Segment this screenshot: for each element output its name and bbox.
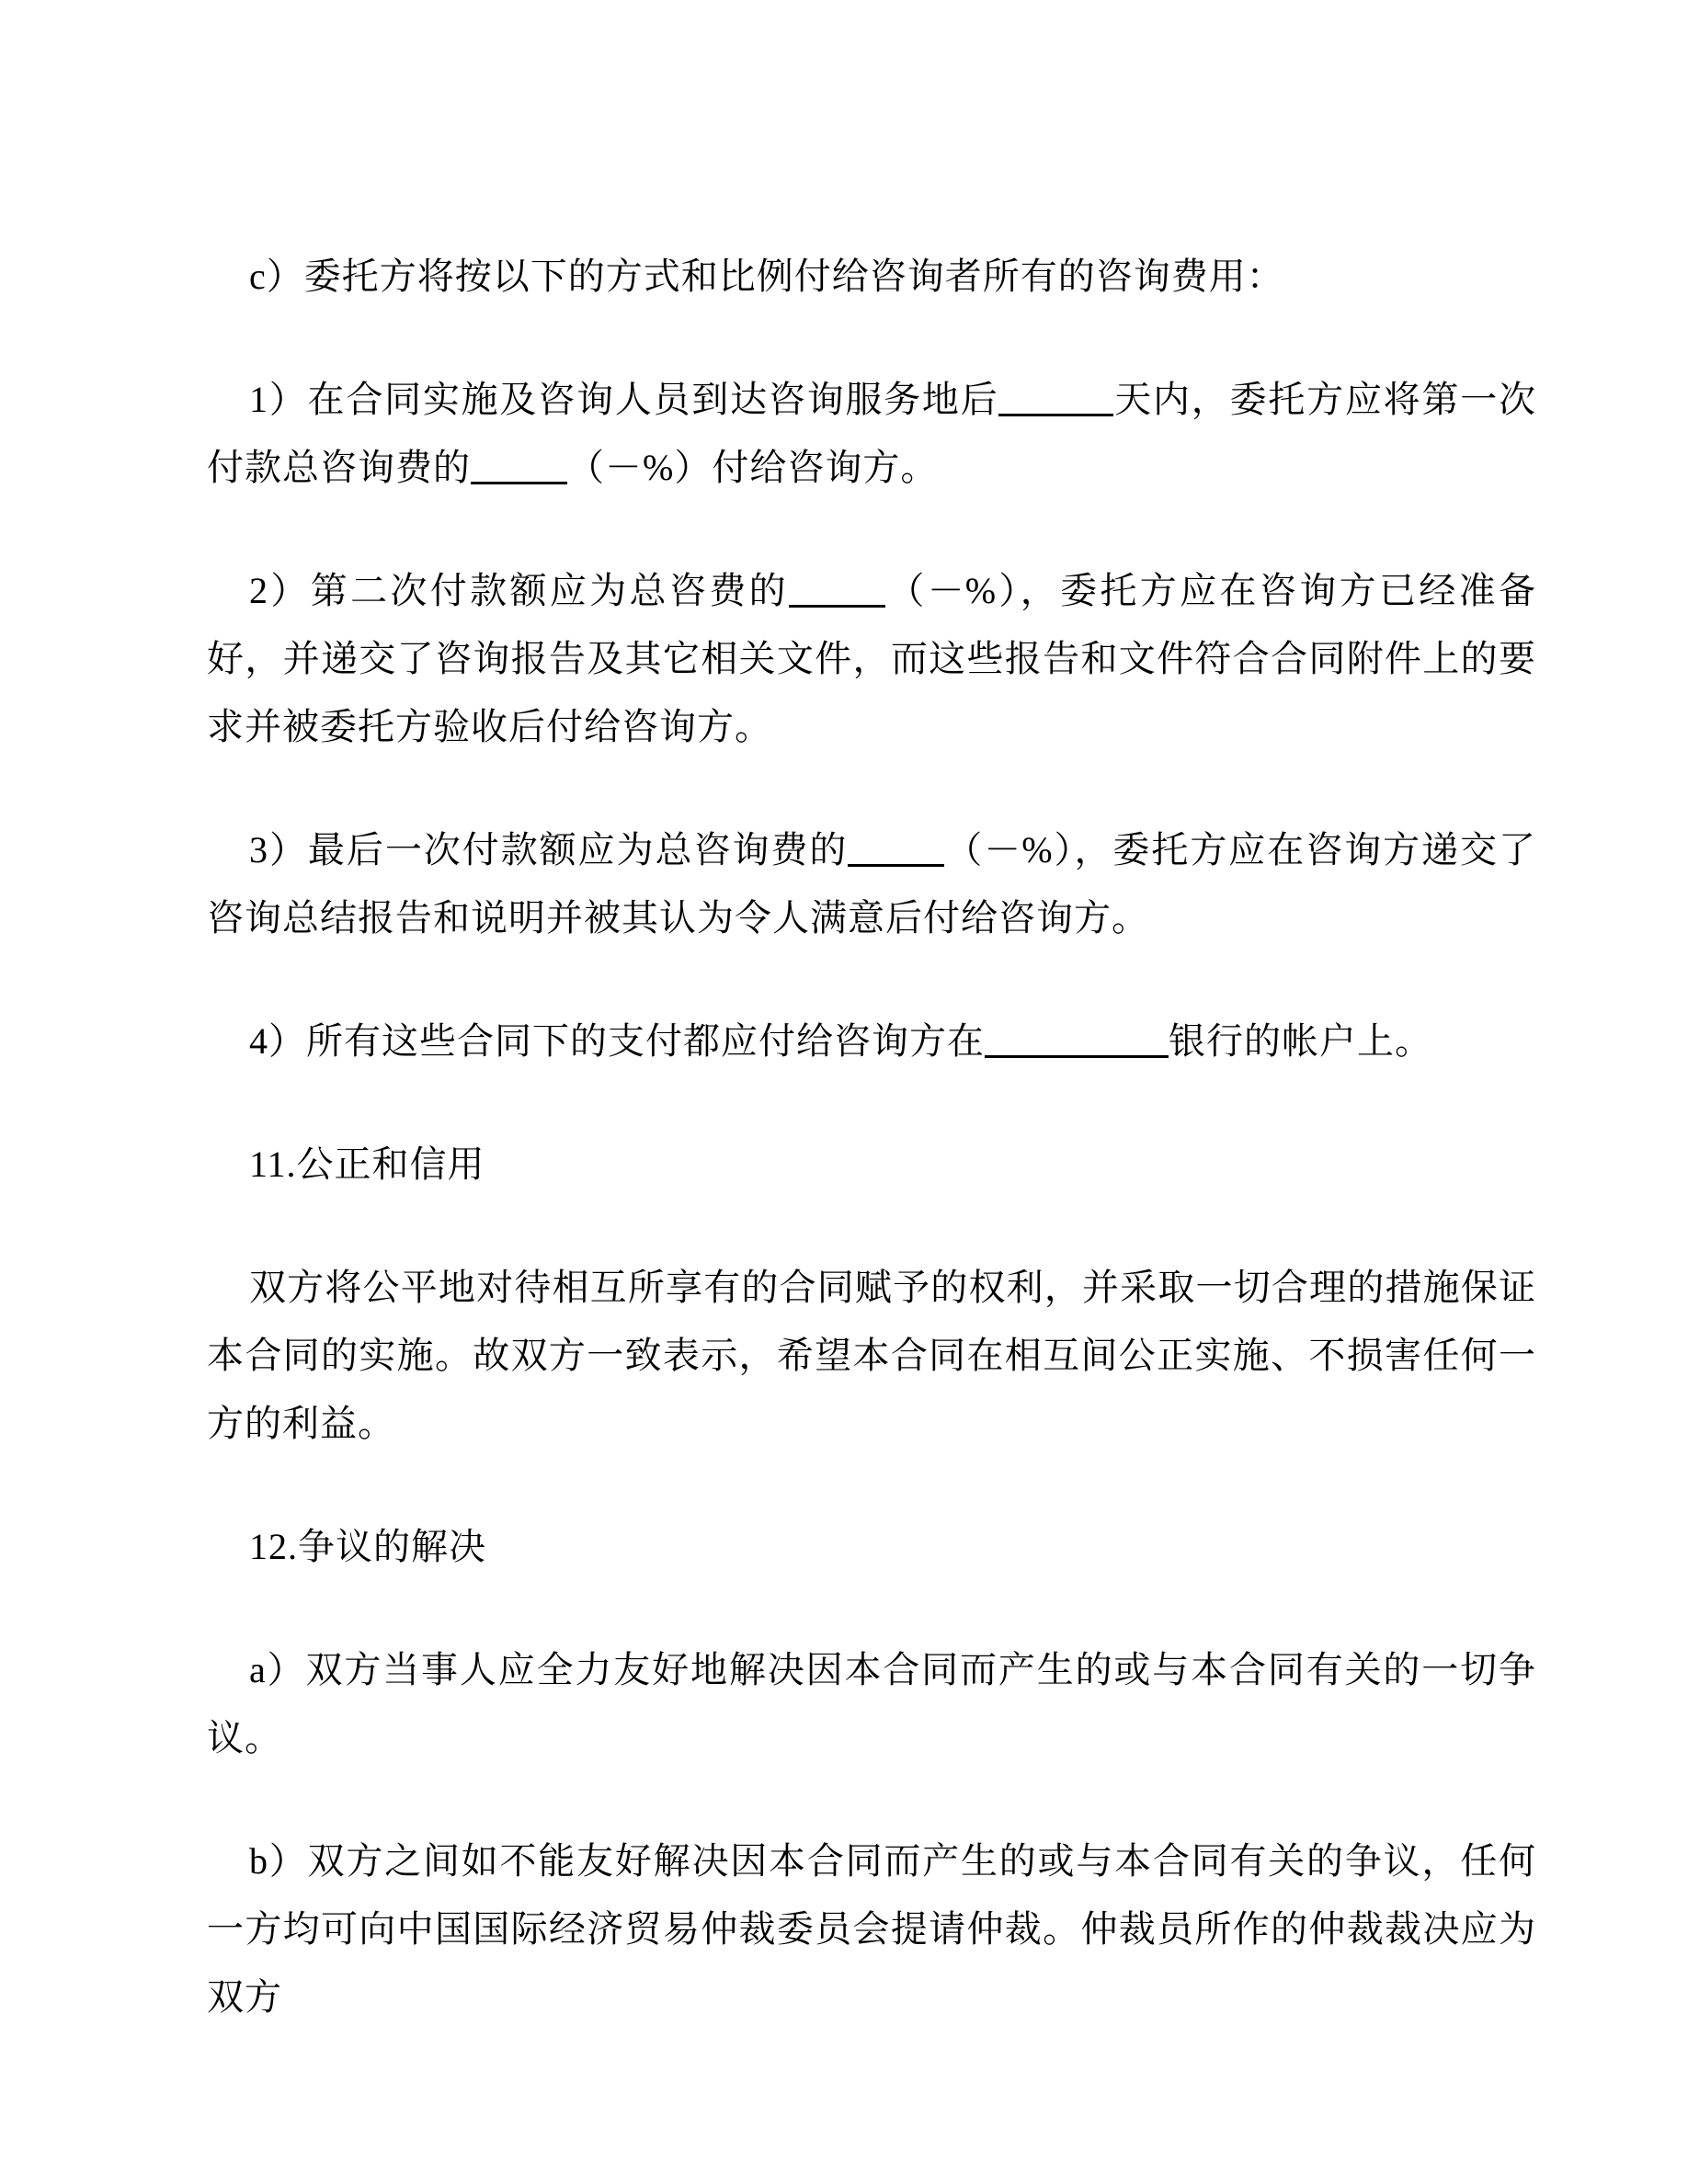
payment-item-4: 4）所有这些合同下的支付都应付给咨询方在银行的帐户上。 — [207, 1007, 1536, 1075]
dispute-item-b-text: b）双方之间如不能友好解决因本合同而产生的或与本合同有关的争议，任何一方均可向中… — [207, 1840, 1536, 2018]
blank-percent-field — [789, 568, 885, 608]
dispute-item-b: b）双方之间如不能友好解决因本合同而产生的或与本合同有关的争议，任何一方均可向中… — [207, 1827, 1536, 2031]
document-page: c）委托方将按以下的方式和比例付给咨询者所有的咨询费用： 1）在合同实施及咨询人… — [0, 0, 1688, 2184]
payment-item-4-text-2: 银行的帐户上。 — [1169, 1020, 1432, 1062]
payment-item-1-text-3: （－%）付给咨询方。 — [567, 447, 938, 488]
clause-c: c）委托方将按以下的方式和比例付给咨询者所有的咨询费用： — [207, 243, 1536, 311]
fairness-paragraph: 双方将公平地对待相互所享有的合同赋予的权利，并采取一切合理的措施保证本合同的实施… — [207, 1254, 1536, 1458]
section-heading-12: 12.争议的解决 — [207, 1513, 1536, 1581]
dispute-item-a: a）双方当事人应全力友好地解决因本合同而产生的或与本合同有关的一切争议。 — [207, 1636, 1536, 1772]
blank-bank-field — [985, 1018, 1169, 1058]
blank-percent-field — [848, 827, 944, 867]
section-heading-12-text: 12.争议的解决 — [249, 1526, 486, 1567]
payment-item-1: 1）在合同实施及咨询人员到达咨询服务地后天内，委托方应将第一次付款总咨询费的（－… — [207, 366, 1536, 502]
payment-item-4-text-1: 4）所有这些合同下的支付都应付给咨询方在 — [249, 1020, 985, 1062]
fairness-paragraph-text: 双方将公平地对待相互所享有的合同赋予的权利，并采取一切合理的措施保证本合同的实施… — [207, 1267, 1536, 1444]
dispute-item-a-text: a）双方当事人应全力友好地解决因本合同而产生的或与本合同有关的一切争议。 — [207, 1649, 1536, 1758]
section-heading-11-text: 11.公正和信用 — [249, 1143, 485, 1185]
payment-item-3: 3）最后一次付款额应为总咨询费的（－%），委托方应在咨询方递交了咨询总结报告和说… — [207, 816, 1536, 952]
payment-item-1-text-1: 1）在合同实施及咨询人员到达咨询服务地后 — [249, 379, 998, 420]
payment-item-2-text-1: 2）第二次付款额应为总咨费的 — [249, 570, 789, 611]
blank-days-field — [998, 377, 1113, 416]
section-heading-11: 11.公正和信用 — [207, 1131, 1536, 1199]
blank-percent-field — [471, 445, 567, 484]
clause-c-text: c）委托方将按以下的方式和比例付给咨询者所有的咨询费用： — [249, 256, 1284, 297]
payment-item-3-text-1: 3）最后一次付款额应为总咨询费的 — [249, 829, 848, 870]
payment-item-2: 2）第二次付款额应为总咨费的（－%），委托方应在咨询方已经准备好，并递交了咨询报… — [207, 557, 1536, 761]
